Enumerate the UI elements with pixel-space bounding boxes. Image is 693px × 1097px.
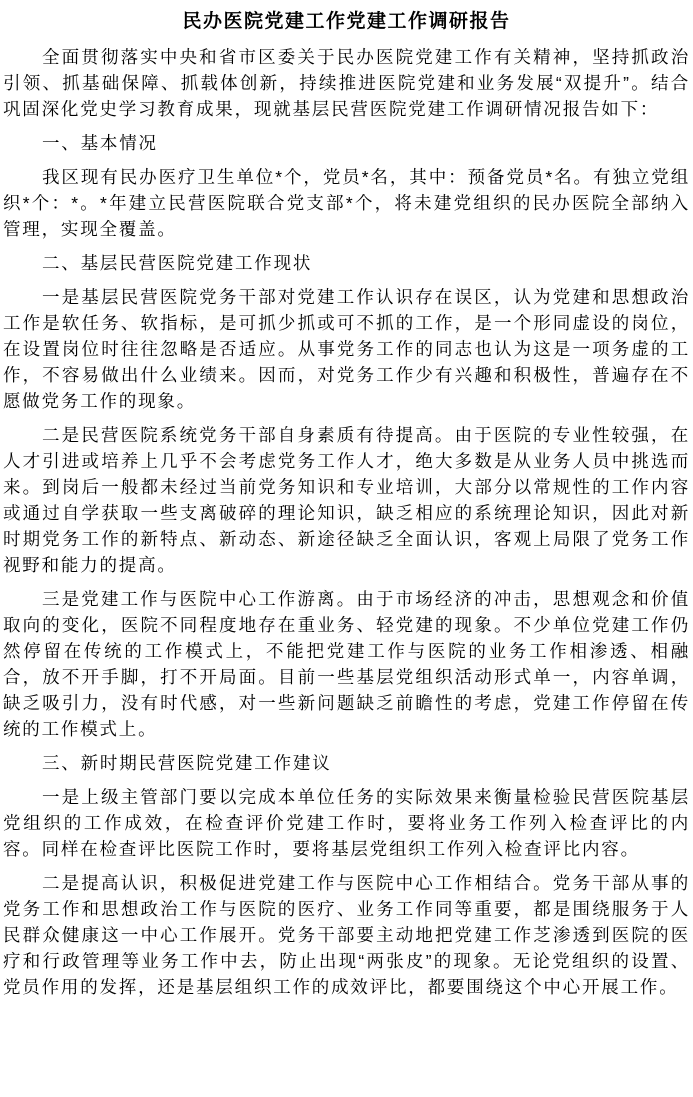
section-heading-current-status: 二、基层民营医院党建工作现状 [3, 250, 690, 276]
document-title: 民办医院党建工作党建工作调研报告 [3, 8, 690, 36]
report-document-page: 民办医院党建工作党建工作调研报告 全面贯彻落实中央和省市区委关于民办医院党建工作… [0, 0, 693, 1097]
paragraph-basic-situation: 我区现有民办医疗卫生单位*个，党员*名，其中：预备党员*名。有独立党组织*个：*… [3, 164, 690, 242]
paragraph-issue-1: 一是基层民营医院党务干部对党建工作认识存在误区，认为党建和思想政治工作是软任务、… [3, 284, 690, 414]
section-heading-suggestions: 三、新时期民营医院党建工作建议 [3, 750, 690, 776]
paragraph-intro: 全面贯彻落实中央和省市区委关于民办医院党建工作有关精神，坚持抓政治引领、抓基础保… [3, 44, 690, 122]
paragraph-issue-2: 二是民营医院系统党务干部自身素质有待提高。由于医院的专业性较强，在人才引进或培养… [3, 422, 690, 578]
paragraph-issue-3: 三是党建工作与医院中心工作游离。由于市场经济的冲击，思想观念和价值取向的变化，医… [3, 586, 690, 742]
paragraph-suggestion-1: 一是上级主管部门要以完成本单位任务的实际效果来衡量检验民营医院基层党组织的工作成… [3, 784, 690, 862]
paragraph-suggestion-2: 二是提高认识，积极促进党建工作与医院中心工作相结合。党务干部从事的党务工作和思想… [3, 870, 690, 1000]
section-heading-basic-situation: 一、基本情况 [3, 130, 690, 156]
